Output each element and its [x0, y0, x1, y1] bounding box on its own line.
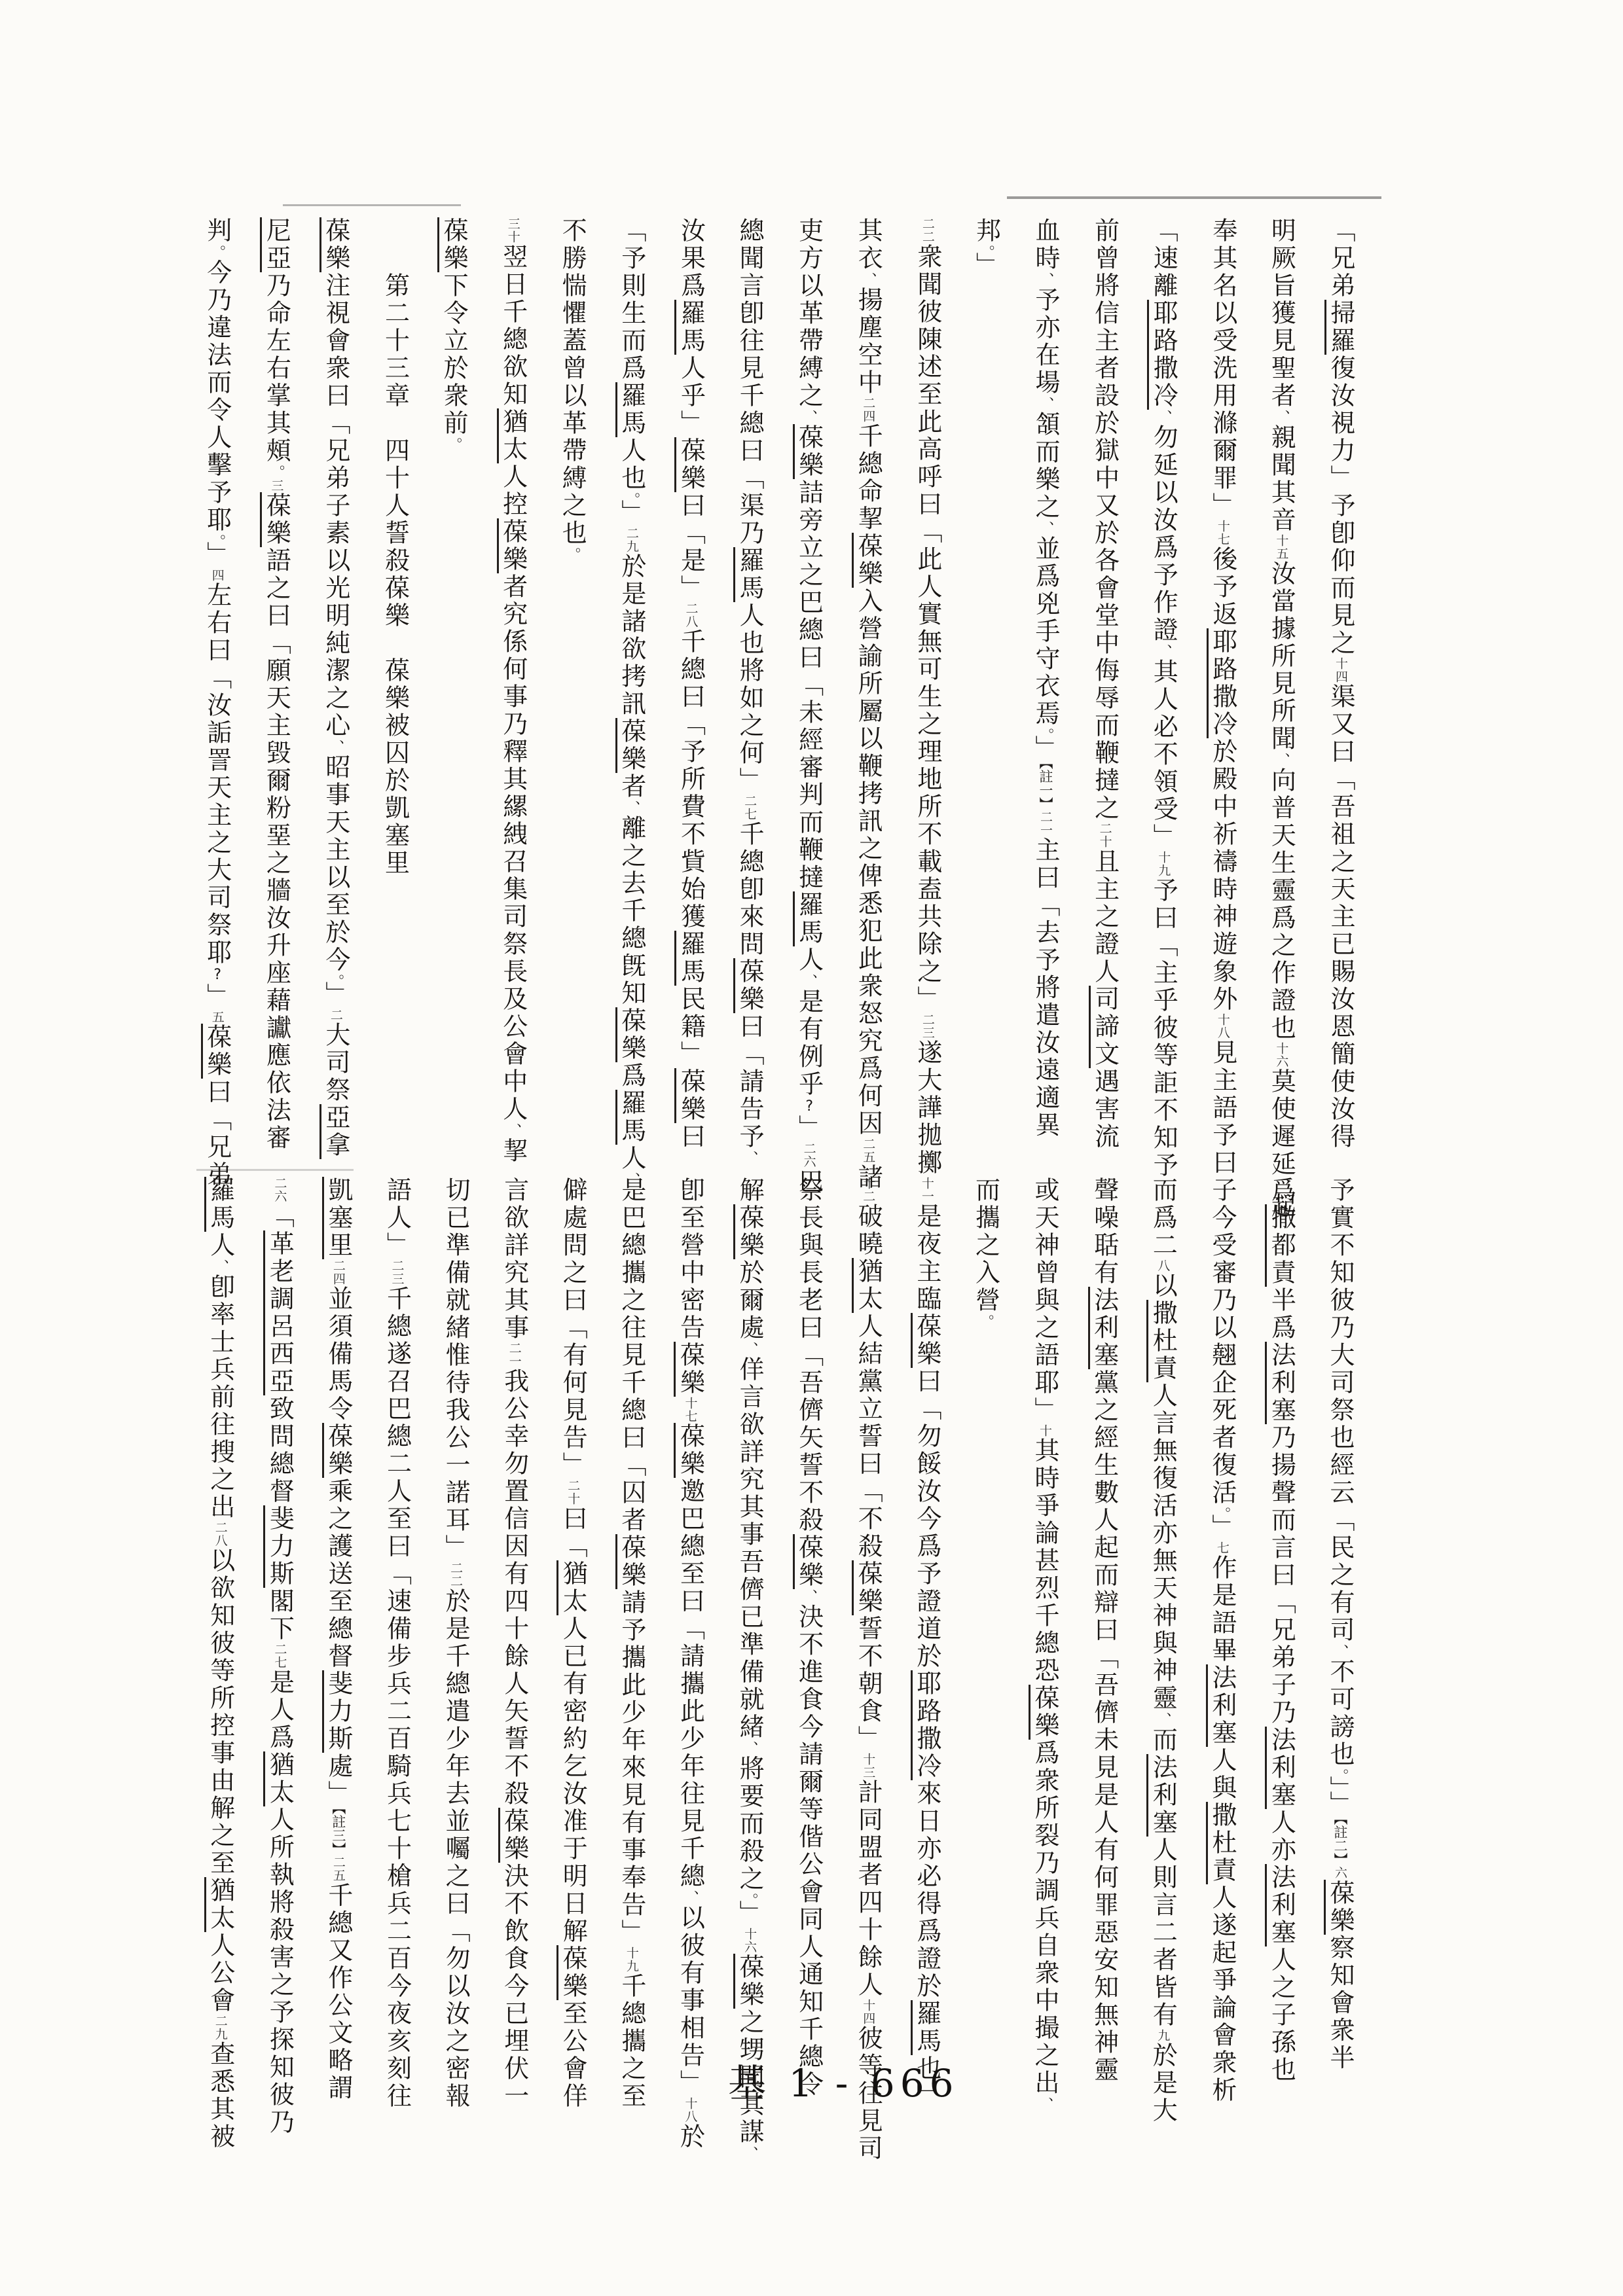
text-column: 解葆樂於爾處、佯言欲詳究其事吾儕已準備就緒、將要而殺之。」十六葆樂之甥聞其謀、	[720, 1177, 779, 2142]
verse-number: 九	[1156, 2029, 1170, 2042]
page-number: 基 1 - 666	[728, 2053, 959, 2108]
proper-name-mark: 葆樂	[322, 1423, 353, 1478]
verse-number: 二十	[1098, 822, 1112, 848]
proper-name-mark: 法利塞	[1146, 1754, 1177, 1837]
proper-name-mark: 猶太	[852, 1258, 883, 1313]
text-column: 明厥旨獲見聖者、親聞其音十五汝當據所見所聞、向普天生靈爲之作證也十六莫使遲延、起	[1252, 217, 1311, 1147]
verse-number: 六	[1333, 1867, 1347, 1880]
proper-name-mark: 猶太	[263, 1751, 294, 1806]
proper-name-mark: 葆樂	[852, 533, 883, 588]
verse-number: 二二	[448, 1562, 463, 1588]
proper-name-mark: 撒杜責	[1146, 1300, 1177, 1382]
text-column: 子今受審乃以翹企死者復活。」七作是語畢法利塞人與撒杜責人遂起爭論會衆析	[1192, 1177, 1252, 2142]
text-column: 血時、予亦在場、頷而樂之、並爲兇手守衣焉。」【註一】二一主曰「去予將遣汝遠適異	[1015, 217, 1075, 1147]
verse-number: 二四	[331, 1259, 346, 1285]
text-column: 葆樂下令立於衆前。	[424, 217, 484, 1147]
proper-name-mark: 羅馬	[204, 1177, 235, 1232]
proper-name-mark: 凱塞里	[322, 1177, 353, 1259]
verse-number: 二五	[861, 1138, 875, 1164]
proper-name-mark: 猶太	[556, 1560, 587, 1615]
footnote-marker: 【註二】	[1332, 1818, 1348, 1867]
text-column: 汝果爲羅馬人乎」葆樂曰「是」二八千總曰「予所費不貲始獲羅馬民籍」葆樂曰	[661, 217, 720, 1147]
proper-name-mark: 法利塞	[1265, 1342, 1296, 1424]
verse-number: 二九	[213, 2015, 228, 2041]
text-column: 語人」二三千總遂召巴總二人至曰「速備步兵二百騎兵七十槍兵二百今夜亥刻往	[367, 1177, 426, 2142]
verse-number: 二一	[507, 1342, 522, 1368]
proper-name-mark: 耶路撒冷	[1147, 300, 1178, 410]
proper-name-mark: 法利塞	[1206, 1664, 1237, 1747]
verse-number: 十二	[861, 1177, 875, 1203]
text-column: 「速離耶路撒冷、勿延以汝爲予作證、其人必不領受」十九予曰「主乎彼等詎不知予	[1134, 217, 1194, 1147]
proper-name-mark: 撒杜責	[1206, 1802, 1237, 1884]
proper-name-mark: 葆樂	[793, 1534, 824, 1589]
proper-name-mark: 耶路撒冷	[911, 1670, 941, 1780]
text-column: 「予則生而爲羅馬人也。」二九於是諸欲拷訊葆樂者、離之去千總旣知葆樂爲羅馬人、	[602, 217, 661, 1147]
text-column: 祭長與長老曰「吾儕矢誓不殺葆樂、決不進食今請爾等偕公會同人通知千總令	[779, 1177, 839, 2142]
text-column: 羅馬人、卽率士兵前往搜之出二八以欲知彼等所控事由解之至猶太人公會二九查悉其被	[191, 1177, 250, 2142]
text-column: 其衣、揚塵空中二四千總命挈葆樂入營諭所屬以鞭拷訊之俾悉犯此衆怒究爲何因二五諸	[839, 217, 898, 1147]
verse-number: 十七	[683, 1397, 697, 1423]
verse-number: 二七	[272, 1643, 287, 1669]
proper-name-mark: 葆樂	[793, 424, 824, 479]
verse-number: 十	[1038, 1424, 1052, 1437]
proper-name-mark: 葆樂	[1029, 1685, 1059, 1740]
proper-name-mark: 羅馬	[733, 547, 764, 602]
text-column: 僻處問之曰「有何見告」二十曰「猶太人已有密約乞汝准于明日解葆樂至公會佯	[543, 1177, 602, 2142]
text-column: 尼亞乃命左右掌其頰。三葆樂語之曰「願天主毀爾粉堊之牆汝升座藉讞應依法審	[247, 217, 306, 1147]
text-column: 十一是夜主臨葆樂曰「勿餒汝今爲予證道於耶路撒冷來日亦必得爲證於羅馬也」	[897, 1177, 956, 2142]
text-column: 而攜之入營。	[956, 1177, 1015, 2142]
proper-name-mark: 葆樂	[437, 217, 468, 272]
verse-number: 十九	[625, 1946, 639, 1973]
text-column: 聲噪聒有法利塞黨之經生數人起而辯曰「吾儕未見是人有何罪惡安知無神靈	[1074, 1177, 1133, 2142]
text-column: 總聞言卽往見千總曰「渠乃羅馬人也將如之何」二七千總卽來問葆樂曰「請告予、	[720, 217, 779, 1147]
proper-name-mark: 葆樂	[615, 718, 646, 773]
text-column: 奉其名以受洗用滌爾罪」十七後予返耶路撒冷於殿中祈禱時神遊象外十八見主語予曰	[1193, 217, 1252, 1147]
verse-number: 二三	[921, 1013, 935, 1039]
proper-name-mark: 葆樂	[674, 437, 705, 492]
verse-number: 十八	[683, 2097, 697, 2123]
verse-number: 二十	[566, 1479, 580, 1505]
text-column: 二二衆聞彼陳述至此高呼曰「此人實無可生之理地所不載盍共除之」二三遂大譁拋擲	[898, 217, 957, 1147]
text-column: 而爲二八以撒杜責人言無復活亦無天神與神靈、而法利塞人則言二者皆有九於是大	[1133, 1177, 1193, 2142]
proper-name-mark: 葆樂	[911, 1313, 941, 1368]
proper-name-mark: 法利塞	[1265, 1864, 1296, 1946]
proper-name-mark: 葆樂	[319, 217, 350, 272]
proper-name-mark: 葆樂	[556, 1945, 587, 2000]
scan-rule-artifact	[1007, 196, 1381, 199]
proper-name-mark: 葆樂	[852, 1560, 883, 1615]
proper-name-mark: 司諦文	[1089, 986, 1120, 1068]
verse-number: 二	[329, 1009, 343, 1022]
verse-number: 十七	[1216, 520, 1230, 546]
verse-number: 二一	[1038, 811, 1053, 837]
verse-number: 三	[269, 479, 283, 492]
verse-number: 二六	[272, 1177, 287, 1203]
proper-name-mark: 葆樂	[615, 1007, 646, 1062]
proper-name-mark: 法利塞	[1088, 1287, 1119, 1369]
text-column: 邦。」	[957, 217, 1016, 1147]
verse-number: 四	[210, 569, 225, 582]
proper-name-mark: 葆樂	[733, 1204, 764, 1259]
verse-number: 八	[1156, 1259, 1170, 1272]
verse-number: 十四	[861, 1999, 875, 2025]
proper-name-mark: 尼亞	[260, 217, 291, 272]
proper-name-mark: 革老調呂西亞	[263, 1230, 294, 1395]
text-column: 三十翌日千總欲知猶太人控葆樂者究係何事乃釋其縲絏召集司祭長及公會中人、挈	[483, 217, 543, 1147]
text-column: 卽至營中密告葆樂十七葆樂邀巴總至曰「請攜此少年往見千總、以彼有事相告」十八於	[661, 1177, 720, 2142]
text-block-bottom: 予實不知彼乃大司祭也經云「民之有司、不可謗也。」」【註二】六葆樂察知會衆半爲撒都…	[196, 1177, 1370, 2142]
verse-number: 十六	[742, 1928, 757, 1954]
verse-number: 十一	[920, 1177, 934, 1203]
proper-name-mark: 葆樂	[260, 492, 291, 547]
text-column: 是巴總攜之往見千總曰「囚者葆樂請予攜此少年來見有事奉告」十九千總攜之至	[602, 1177, 661, 2142]
text-column: 予實不知彼乃大司祭也經云「民之有司、不可謗也。」」【註二】六葆樂察知會衆半	[1310, 1177, 1370, 2142]
verse-number: 十四	[1334, 657, 1348, 683]
proper-name-mark: 葆樂	[497, 518, 528, 573]
proper-name-mark: 葆樂	[674, 1342, 704, 1397]
proper-name-mark: 葆樂	[201, 1024, 232, 1079]
proper-name-mark: 葆樂	[674, 1423, 704, 1478]
text-column: 凱塞里二四並須備馬令葆樂乘之護送至總督斐力斯處」【註三】二五千總又作公文略謂	[308, 1177, 367, 2142]
proper-name-mark: 斐力斯	[263, 1505, 294, 1588]
verse-number: 二五	[331, 1856, 346, 1882]
proper-name-mark: 羅馬	[674, 931, 705, 986]
verse-number: 二八	[213, 1521, 228, 1547]
proper-name-mark: 耶路撒冷	[1207, 628, 1237, 738]
proper-name-mark: 猶太	[497, 408, 528, 463]
proper-name-mark: 葆樂	[615, 1534, 646, 1589]
proper-name-mark: 羅馬	[615, 1090, 646, 1145]
text-column: 「兄弟掃羅復汝視力」予卽仰而見之十四渠又曰「吾祖之天主已賜汝恩簡使汝得	[1311, 217, 1370, 1147]
text-column: 二六「革老調呂西亞致問總督斐力斯閣下二七是人爲猶太人所執將殺害之予探知彼乃	[250, 1177, 309, 2142]
verse-number: 二七	[742, 795, 757, 821]
proper-name-mark: 羅馬	[674, 300, 705, 355]
verse-number: 二四	[861, 397, 875, 423]
proper-name-mark: 葆樂	[1324, 1880, 1355, 1935]
proper-name-mark: 葆樂	[733, 1954, 764, 2009]
verse-number: 十九	[1156, 851, 1171, 877]
verse-number: 七	[1215, 1541, 1230, 1554]
verse-number: 二三	[390, 1259, 405, 1285]
text-column: 前曾將信主者設於獄中又於各會堂中侮辱而鞭撻之二十且主之證人司諦文遇害流	[1075, 217, 1134, 1147]
text-column: 或天神曾與之語耶」十其時爭論甚烈千總恐葆樂爲衆所裂乃調兵自衆中撮之出、	[1015, 1177, 1074, 2142]
footnote-marker: 【註一】	[1038, 762, 1053, 811]
text-column: 言欲詳究其事二一我公幸勿置信因有四十餘人矢誓不殺葆樂決不飲食今已埋伏一	[484, 1177, 543, 2142]
proper-name-mark: 掃羅	[1324, 300, 1355, 355]
proper-name-mark: 葆樂	[674, 1068, 705, 1123]
verse-number: 十三	[861, 1753, 875, 1779]
text-column: 判。今乃違法而令人擊予耶。」四左右曰「汝詬詈天主之大司祭耶?」五葆樂曰「兄弟、	[187, 217, 247, 1147]
proper-name-mark: 羅馬	[615, 382, 646, 437]
verse-number: 二八	[684, 602, 698, 628]
verse-number: 二九	[625, 527, 639, 553]
verse-number: 二二	[921, 217, 935, 243]
text-block-top: 「兄弟掃羅復汝視力」予卽仰而見之十四渠又曰「吾祖之天主已賜汝恩簡使汝得明厥旨獲見…	[196, 217, 1370, 1147]
text-column: 第二十三章 四十人誓殺葆樂 葆樂被囚於凱塞里	[365, 217, 424, 1147]
verse-number: 十五	[1274, 534, 1288, 560]
footnote-marker: 【註三】	[331, 1808, 346, 1856]
verse-number: 五	[210, 1011, 225, 1024]
text-column: 切已準備就緒惟待我公一諾耳」二二於是千總遣少年去並囑之曰「勿以汝之密報	[426, 1177, 485, 2142]
proper-name-mark: 法利塞	[1265, 1727, 1296, 1809]
text-column: 葆樂注視會衆曰「兄弟子素以光明純潔之心、昭事天主以至於今。」二大司祭亞拿	[306, 217, 365, 1147]
proper-name-mark: 羅馬	[911, 2000, 941, 2055]
proper-name-mark: 撒都責	[1265, 1204, 1296, 1287]
scanned-page: 「兄弟掃羅復汝視力」予卽仰而見之十四渠又曰「吾祖之天主已賜汝恩簡使汝得明厥旨獲見…	[0, 0, 1623, 2296]
proper-name-mark: 葆樂	[733, 958, 764, 1013]
proper-name-mark: 斐力斯	[322, 1670, 353, 1753]
proper-name-mark: 葆樂	[498, 1808, 529, 1863]
verse-number: 十六	[1274, 1042, 1288, 1068]
text-column: 吏方以革帶縛之、葆樂詰旁立之巴總曰「未經審判而鞭撻羅馬人、是有例乎?」二六巴	[779, 217, 839, 1147]
verse-number: 二六	[802, 1142, 816, 1168]
proper-name-mark: 羅馬	[793, 891, 824, 946]
verse-number: 十八	[1216, 1013, 1230, 1039]
text-column: 不勝惴懼蓋曾以革帶縛之也。	[543, 217, 602, 1147]
scan-rule-artifact	[283, 204, 461, 206]
proper-name-mark: 猶太	[204, 1877, 235, 1932]
proper-name-mark: 亞拿	[319, 1104, 350, 1159]
verse-number: 三十	[506, 217, 520, 243]
text-column: 爲撒都責半爲法利塞乃揚聲而言曰「兄弟子乃法利塞人亦法利塞人之子孫也	[1252, 1177, 1311, 2142]
text-column: 十二破曉猶太人結黨立誓曰「不殺葆樂誓不朝食」十三計同盟者四十餘人十四彼等往見司	[839, 1177, 898, 2142]
